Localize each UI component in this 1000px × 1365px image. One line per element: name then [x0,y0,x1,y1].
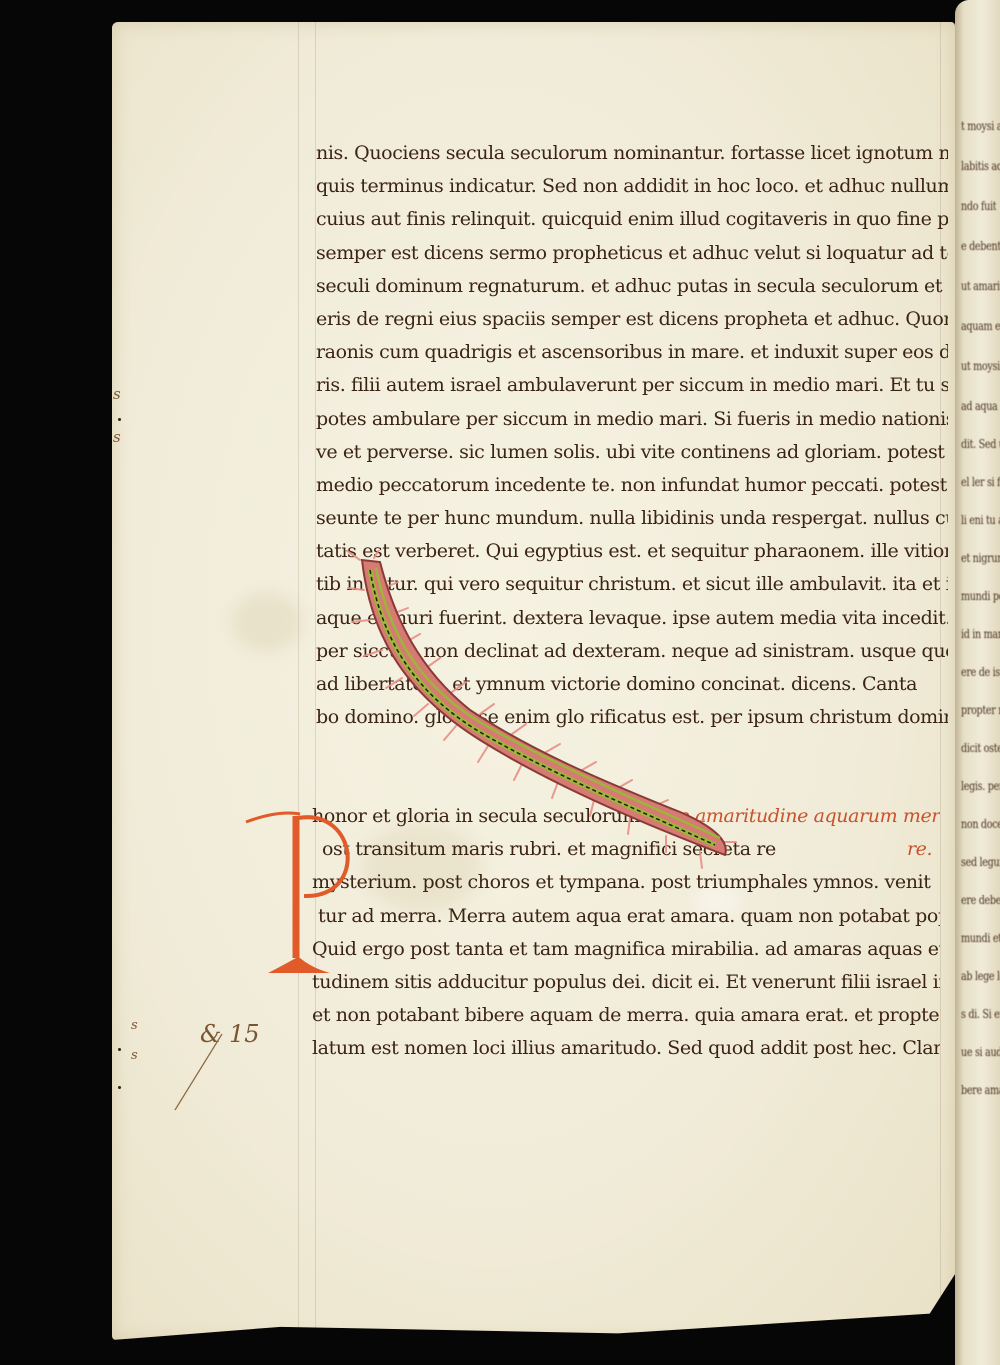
text-line: aque ei muri fuerint. dextera levaque. i… [316,602,948,635]
text-segment: honor et gloria in secula seculorum amen… [312,800,664,833]
text-line: tudinem sitis adducitur populus dei. dic… [312,966,940,999]
text-line: semper est dicens sermo propheticus et a… [316,237,948,270]
text-line: eris de regni eius spaciis semper est di… [316,303,948,336]
leaf-fragment: li eni tu ama [961,504,1000,537]
leaf-fragment: non docet eu [961,808,1000,841]
leaf-fragment: legis. per [961,770,1000,803]
leaf-fragment: mundi et u [961,922,1000,955]
leaf-fragment: ab lege legis [961,960,1000,993]
leaf-fragment: dicit ostendit [961,732,1000,765]
text-line: tib in gitur. qui vero sequitur christum… [316,568,948,601]
leaf-fragment: ere debe [961,884,1000,917]
text-line: tatis est verberet. Qui egyptius est. et… [316,535,948,568]
rubric-heading: De amaritudine aquarum mer [664,800,940,833]
text-line: raonis cum quadrigis et ascensoribus in … [316,336,948,369]
leaf-fragment: sed legum [961,846,1000,879]
text-line: mysterium. post choros et tympana. post … [312,866,940,899]
text-line: potes ambulare per siccum in medio mari.… [316,403,948,436]
ruling-line [298,22,299,1340]
prick-mark [118,1086,121,1089]
leaf-fragment: ere de ista [961,656,1000,689]
text-line: et non potabant bibere aquam de merra. q… [312,999,940,1032]
decorated-initial-p [238,808,358,978]
text-line: nis. Quociens secula seculorum nominantu… [316,137,948,170]
text-line: cuius aut finis relinquit. quicquid enim… [316,203,948,236]
text-line: latum est nomen loci illius amaritudo. S… [312,1032,940,1065]
leaf-fragment: ut amaritu [961,270,1000,303]
pen-stroke [170,1030,230,1120]
text-line: ris. filii autem israel ambulaverunt per… [316,369,948,402]
leaf-fragment: e debent [961,230,1000,263]
leaf-fragment: ndo fuit [961,190,996,223]
text-line: seculi dominum regnaturum. et adhuc puta… [316,270,948,303]
main-text-column: nis. Quociens secula seculorum nominantu… [316,137,948,734]
leaf-fragment: aquam et f [961,310,1000,343]
leaf-fragment: s di. Si eni [961,998,1000,1031]
rubric-heading-cont: re. [907,833,932,866]
leaf-fragment: et nigrum fe [961,542,1000,575]
stain [232,592,302,652]
margin-mark: s [131,1018,138,1033]
text-line: bo domino. gloriose enim glo rificatus e… [316,701,948,734]
text-line: honor et gloria in secula seculorum amen… [312,800,940,833]
text-line: quis terminus indicatur. Sed non addidit… [316,170,948,203]
prick-mark [118,1048,121,1051]
leaf-fragment: propter neq: bo [961,694,1000,727]
leaf-fragment: bere amari [961,1074,1000,1107]
text-line: tur ad merra. Merra autem aqua erat amar… [312,900,940,933]
margin-mark: s [113,428,121,446]
leaf-fragment: ut moysi [961,350,1000,383]
text-segment: ost transitum maris rubri. et magnifici … [322,833,907,866]
prick-mark [118,418,121,421]
leaf-fragment: ad aqua [961,390,997,423]
leaf-fragment: mundi poculi [961,580,1000,613]
facing-leaf-edge: t moysi ad labitis aqua ndo fuit e deben… [955,0,1000,1365]
text-line: per siccum non declinat ad dexteram. neq… [316,635,948,668]
chapter-text: honor et gloria in secula seculorum amen… [312,800,940,1066]
text-line: ad libertatem. et ymnum victorie domino … [316,668,948,701]
leaf-fragment: t moysi ad [961,110,1000,143]
text-line: medio peccatorum incedente te. non infun… [316,469,948,502]
leaf-fragment: dit. Sed un [961,428,1000,461]
text-line: seunte te per hunc mundum. nulla libidin… [316,502,948,535]
leaf-fragment: ue si audia [961,1036,1000,1069]
text-line: ve et perverse. sic lumen solis. ubi vit… [316,436,948,469]
text-line: ost transitum maris rubri. et magnifici … [312,833,940,866]
leaf-fragment: labitis aqua [961,150,1000,183]
leaf-fragment: id in mari. [961,618,1000,651]
margin-mark: s [131,1048,138,1063]
text-line: Quid ergo post tanta et tam magnifica mi… [312,933,940,966]
margin-mark: s [113,385,121,403]
leaf-fragment: el ler si fu [961,466,1000,499]
